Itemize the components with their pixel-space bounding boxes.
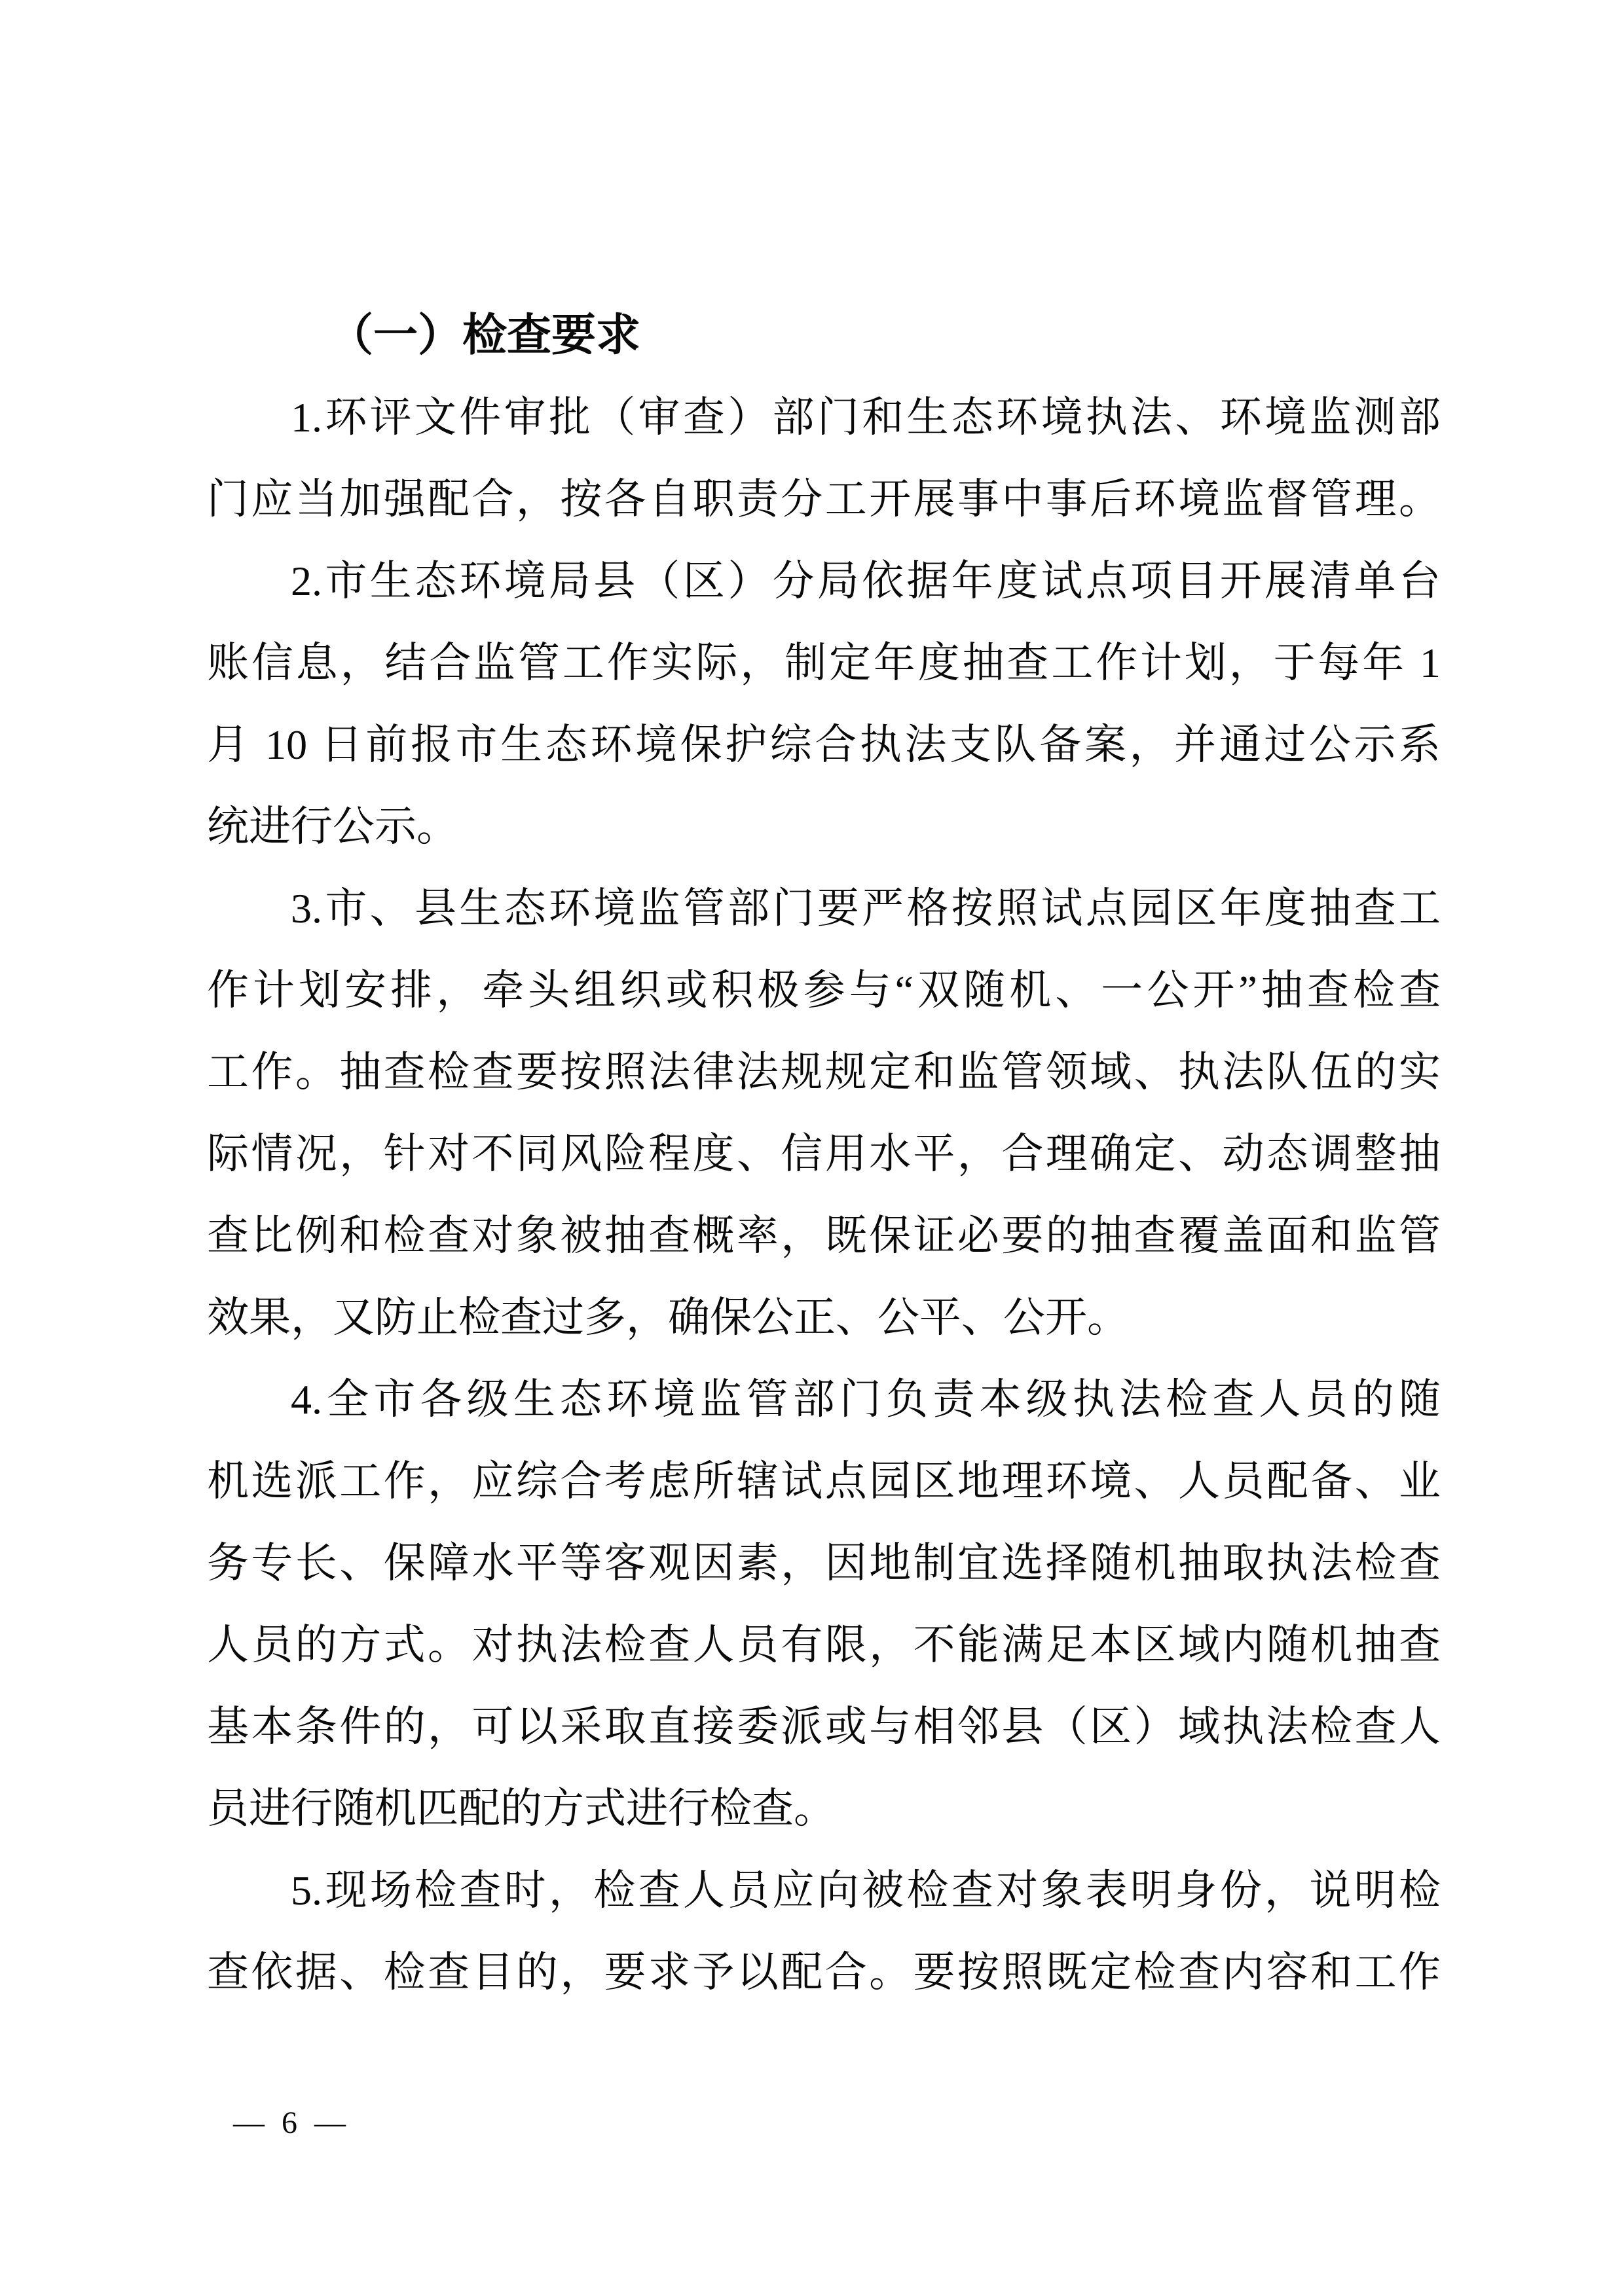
paragraph-3-line: 查比例和检查对象被抽查概率，既保证必要的抽查覆盖面和监管: [207, 1195, 1441, 1277]
paragraph-2-line: 统进行公示。: [207, 786, 1441, 867]
paragraph-1-line: 1.环评文件审批（审查）部门和生态环境执法、环境监测部: [207, 376, 1441, 458]
document-body: （一）检查要求 1.环评文件审批（审查）部门和生态环境执法、环境监测部 门应当加…: [207, 295, 1441, 2013]
paragraph-4-line: 机选派工作，应综合考虑所辖试点园区地理环境、人员配备、业: [207, 1440, 1441, 1522]
paragraph-4-line: 4.全市各级生态环境监管部门负责本级执法检查人员的随: [207, 1358, 1441, 1440]
paragraph-1-line: 门应当加强配合，按各自职责分工开展事中事后环境监督管理。: [207, 458, 1441, 540]
paragraph-3-line: 3.市、县生态环境监管部门要严格按照试点园区年度抽查工: [207, 867, 1441, 949]
paragraph-5-line: 5.现场检查时，检查人员应向被检查对象表明身份，说明检: [207, 1850, 1441, 1931]
paragraph-2-line: 2.市生态环境局县（区）分局依据年度试点项目开展清单台: [207, 540, 1441, 622]
paragraph-3-line: 工作。抽查检查要按照法律法规规定和监管领域、执法队伍的实: [207, 1031, 1441, 1113]
paragraph-5-line: 查依据、检查目的，要求予以配合。要按照既定检查内容和工作: [207, 1931, 1441, 2013]
section-heading: （一）检查要求: [207, 295, 1441, 376]
paragraph-3-line: 际情况，针对不同风险程度、信用水平，合理确定、动态调整抽: [207, 1113, 1441, 1195]
paragraph-4-line: 务专长、保障水平等客观因素，因地制宜选择随机抽取执法检查: [207, 1522, 1441, 1604]
paragraph-4-line: 员进行随机匹配的方式进行检查。: [207, 1768, 1441, 1850]
paragraph-4-line: 人员的方式。对执法检查人员有限，不能满足本区域内随机抽查: [207, 1604, 1441, 1686]
paragraph-3-line: 作计划安排，牵头组织或积极参与“双随机、一公开”抽查检查: [207, 949, 1441, 1031]
paragraph-4-line: 基本条件的，可以采取直接委派或与相邻县（区）域执法检查人: [207, 1686, 1441, 1768]
page-number: — 6 —: [233, 2103, 346, 2143]
document-page: （一）检查要求 1.环评文件审批（审查）部门和生态环境执法、环境监测部 门应当加…: [0, 0, 1624, 2296]
paragraph-3-line: 效果，又防止检查过多，确保公正、公平、公开。: [207, 1277, 1441, 1358]
paragraph-2-line: 账信息，结合监管工作实际，制定年度抽查工作计划，于每年 1: [207, 622, 1441, 704]
paragraph-2-line: 月 10 日前报市生态环境保护综合执法支队备案，并通过公示系: [207, 704, 1441, 786]
